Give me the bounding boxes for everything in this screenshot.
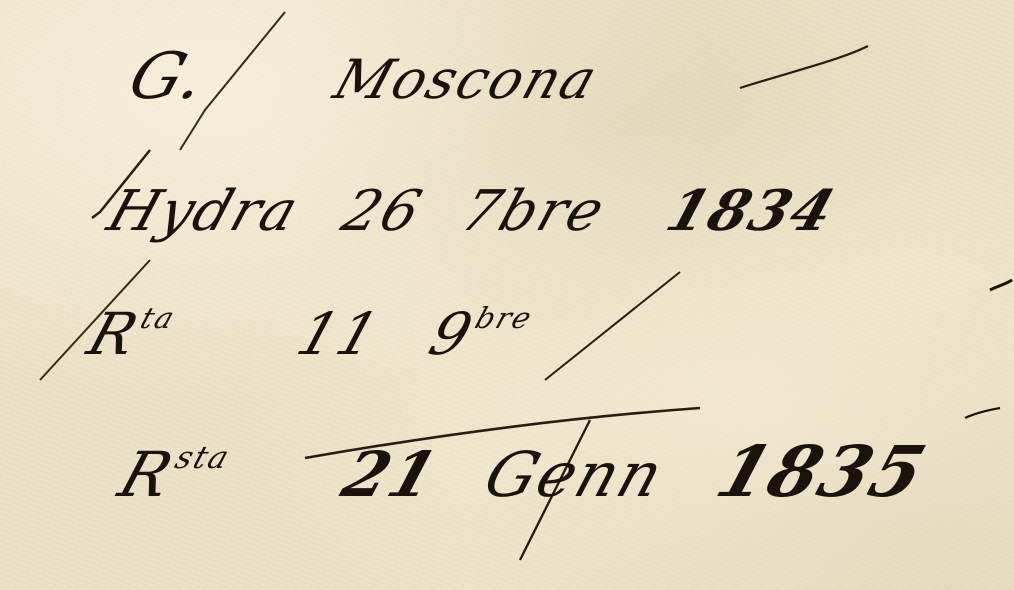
received-line: Rta 11 9bre xyxy=(40,300,538,368)
origin-month: 7bre xyxy=(453,179,614,244)
answered-year: 1835 xyxy=(707,430,937,513)
received-month: 9bre xyxy=(421,300,538,368)
answered-label: Rsta xyxy=(111,438,236,511)
answered-month: Genn xyxy=(476,438,674,511)
answered-label-sup: sta xyxy=(171,440,236,476)
received-label: Rta xyxy=(80,300,181,368)
origin-year: 1834 xyxy=(659,178,844,244)
origin-date-line: Hydra 26 7bre 1834 xyxy=(100,178,844,244)
sender-line: G. Moscona xyxy=(120,40,609,114)
sender-initial: G. xyxy=(120,40,217,114)
origin-place: Hydra xyxy=(100,179,308,244)
answered-line: Rsta 21 Genn 1835 xyxy=(110,430,937,513)
answered-day: 21 xyxy=(334,438,448,511)
sender-name: Moscona xyxy=(327,48,607,111)
received-day: 11 xyxy=(289,300,389,368)
origin-day: 26 xyxy=(334,179,430,244)
manuscript-sheet: G. Moscona Hydra 26 7bre 1834 Rta 11 9br… xyxy=(0,0,1014,590)
received-month-sup: bre xyxy=(471,301,538,335)
